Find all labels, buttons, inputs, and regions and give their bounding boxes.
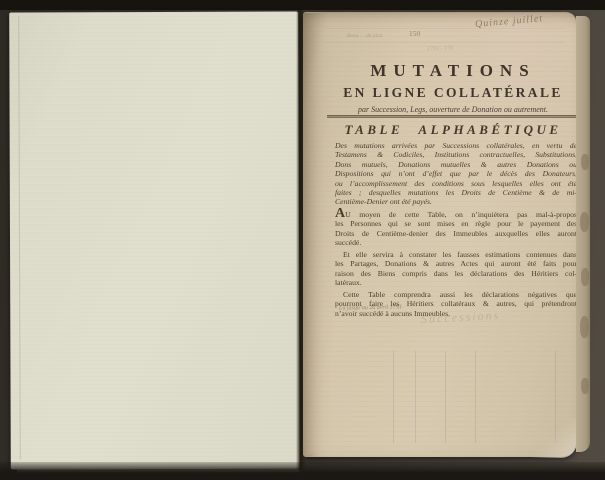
- text-line: Dons mutuels, Donations mutuelles & autr…: [335, 160, 577, 169]
- right-printed-page: Beau … du plan 150 1793 - 178 Quinze jui…: [303, 12, 577, 457]
- title-subtitle: par Succession, Legs, ouverture de Donat…: [329, 105, 577, 114]
- text-line: latéraux.: [335, 278, 577, 287]
- mount-top-strip: [0, 0, 605, 10]
- mount-bottom-shadow: [0, 462, 605, 480]
- intro-italic-paragraph: Des mutations arrivées par Successions c…: [335, 141, 577, 207]
- edge-stain: [581, 378, 589, 394]
- edge-stain: [581, 268, 589, 286]
- pencil-note-top-left: Beau … du plan: [347, 33, 383, 39]
- text-line: succédé.: [335, 238, 577, 247]
- body-paragraph-1: AU moyen de cette Table, on n’inquiétera…: [335, 210, 577, 248]
- edge-stain: [581, 154, 589, 170]
- text-line: ou l’accomplissement des conditions sous…: [335, 179, 577, 188]
- body-paragraph-2: Et elle servira à constater les fausses …: [335, 250, 577, 288]
- handwritten-page-number: 150: [409, 29, 420, 38]
- show-through-column-line: [415, 351, 416, 443]
- show-through-column-line: [475, 351, 476, 443]
- left-page-paper-texture: [9, 11, 300, 469]
- text-line: Centième-Denier ont été payés.: [335, 197, 577, 206]
- text-line: Des mutations arrivées par Successions c…: [335, 141, 577, 150]
- show-through-column-line: [393, 351, 394, 443]
- corner-scribble: ◞◞: [308, 450, 314, 458]
- text-line: Testamens & Codiciles, Institutions cont…: [335, 150, 577, 159]
- ink-note-bottom: Lu jusqu’au 26 avril 1793: [339, 304, 402, 311]
- text-line: Droits de Centième-denier des Immeubles …: [335, 229, 577, 238]
- text-line: les Partages, Donations & autres Actes q…: [335, 259, 577, 268]
- edge-stain: [580, 316, 589, 338]
- edge-stain: [580, 212, 589, 232]
- book-fore-edge: [576, 16, 590, 452]
- show-through-rule: [325, 42, 565, 43]
- text-line: Dispositions qui n’ont d’effet que par l…: [335, 169, 577, 178]
- text-line: les Personnes qui se sont mises en règle…: [335, 219, 577, 228]
- section-heading: TABLE ALPHABÉTIQUE: [329, 122, 577, 138]
- text-line: faites ; desquelles mutations les Droits…: [335, 188, 577, 197]
- archival-scan-scene: Beau … du plan 150 1793 - 178 Quinze jui…: [0, 0, 605, 480]
- left-blank-page: [9, 11, 300, 469]
- worn-bottom-right-corner: [531, 418, 577, 458]
- text-line: raison des Biens compris dans les déclar…: [335, 269, 577, 278]
- main-title-line2: EN LIGNE COLLATÉRALE: [329, 85, 577, 101]
- show-through-rule: [325, 28, 565, 29]
- show-through-column-line: [445, 351, 446, 443]
- text-line: AU moyen de cette Table, on n’inquiétera…: [335, 210, 577, 219]
- main-title: MUTATIONS: [329, 61, 577, 81]
- pencil-note-dates: 1793 - 178: [427, 46, 453, 53]
- title-block: MUTATIONS EN LIGNE COLLATÉRALE par Succe…: [329, 61, 577, 114]
- horizontal-double-rule: [327, 115, 577, 118]
- text-line: Et elle servira à constater les fausses …: [335, 250, 577, 259]
- text-line: Cette Table comprendra aussi les déclara…: [335, 290, 577, 299]
